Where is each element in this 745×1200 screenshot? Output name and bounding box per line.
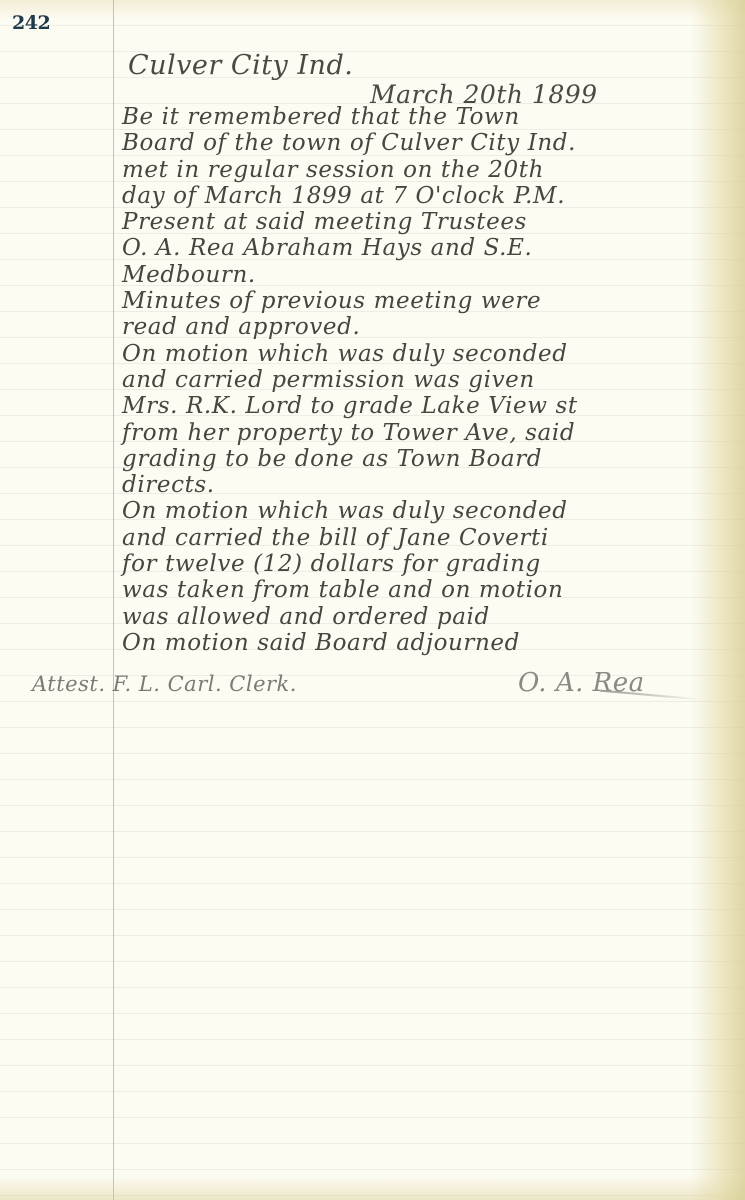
attest-clerk: Attest. F. L. Carl. Clerk.	[32, 672, 297, 696]
margin-rule	[113, 0, 114, 1200]
minutes-body: Be it remembered that the Town Board of …	[122, 104, 578, 656]
text-line: was taken from table and on motion	[122, 577, 578, 603]
text-line: Board of the town of Culver City Ind.	[122, 130, 578, 156]
text-line: Mrs. R.K. Lord to grade Lake View st	[122, 393, 578, 419]
text-line: day of March 1899 at 7 O'clock P.M.	[122, 183, 578, 209]
text-line: and carried permission was given	[122, 367, 578, 393]
text-line: Minutes of previous meeting were	[122, 288, 578, 314]
text-line: from her property to Tower Ave, said	[122, 420, 578, 446]
text-line: and carried the bill of Jane Coverti	[122, 525, 578, 551]
ledger-page: 242 Culver City Ind. March 20th 1899 Be …	[0, 0, 745, 1200]
text-line: read and approved.	[122, 314, 578, 340]
page-number: 242	[12, 12, 50, 34]
text-line: grading to be done as Town Board	[122, 446, 578, 472]
heading-place: Culver City Ind.	[128, 50, 353, 81]
text-line: for twelve (12) dollars for grading	[122, 551, 578, 577]
text-line: On motion said Board adjourned	[122, 630, 578, 656]
text-line: On motion which was duly seconded	[122, 341, 578, 367]
text-line: met in regular session on the 20th	[122, 157, 578, 183]
text-line: was allowed and ordered paid	[122, 604, 578, 630]
text-line: Medbourn.	[122, 262, 578, 288]
text-line: Present at said meeting Trustees	[122, 209, 578, 235]
text-line: On motion which was duly seconded	[122, 498, 578, 524]
text-line: O. A. Rea Abraham Hays and S.E.	[122, 235, 578, 261]
text-line: Be it remembered that the Town	[122, 104, 578, 130]
text-line: directs.	[122, 472, 578, 498]
